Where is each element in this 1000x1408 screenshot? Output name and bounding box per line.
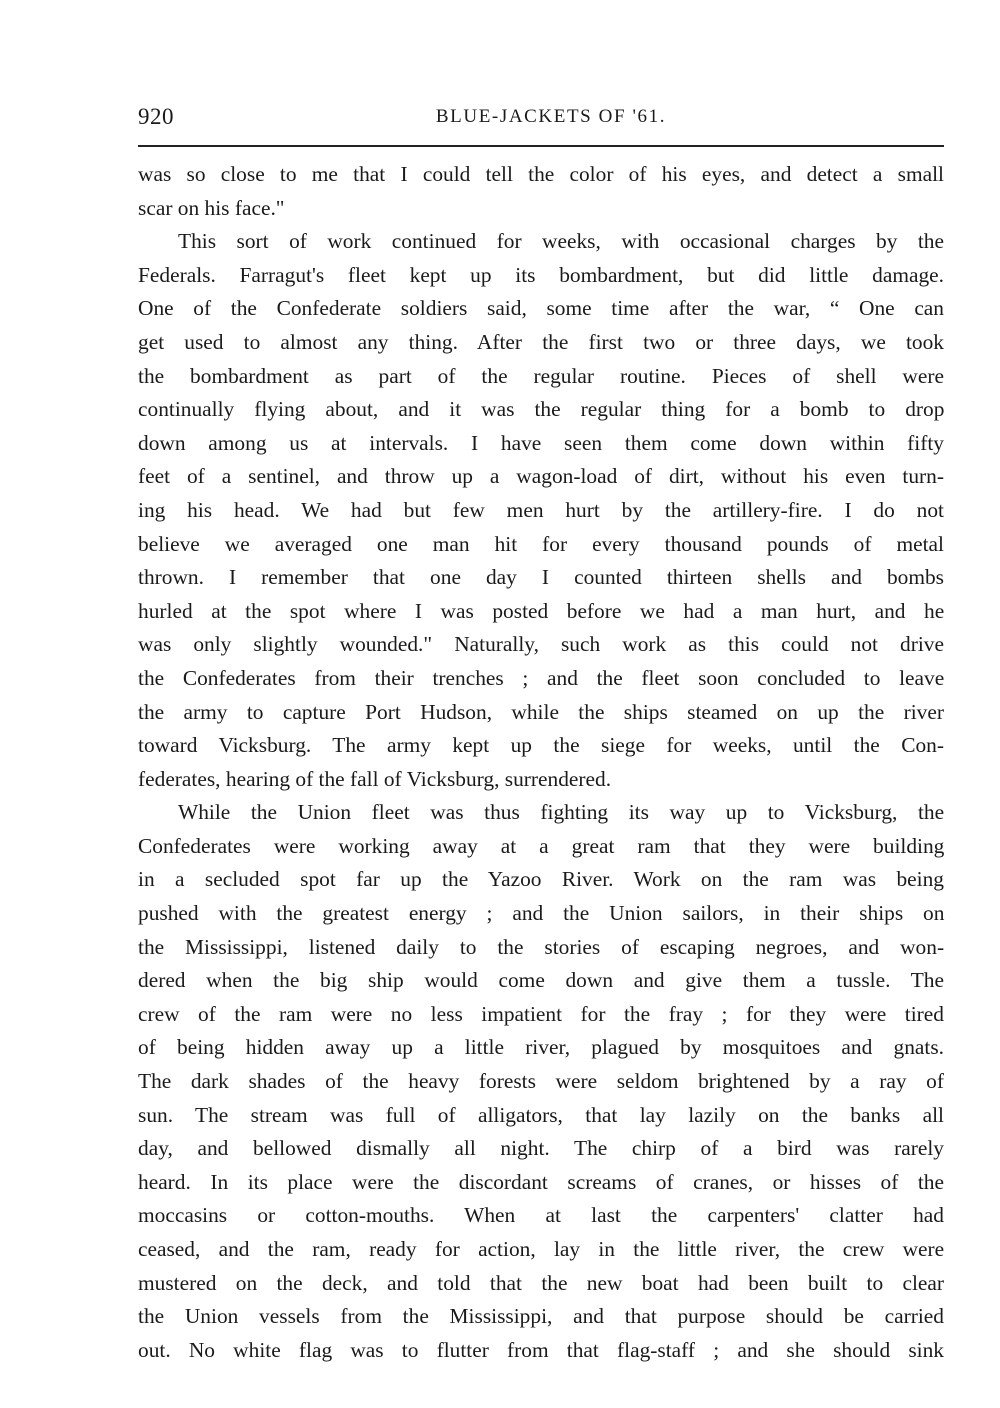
text-line: day, and bellowed dismally all night. Th…: [138, 1132, 944, 1166]
text-line: While the Union fleet was thus fighting …: [138, 796, 944, 830]
text-line: This sort of work continued for weeks, w…: [138, 225, 944, 259]
text-line: Federals. Farragut's fleet kept up its b…: [138, 259, 944, 293]
text-line: One of the Confederate soldiers said, so…: [138, 292, 944, 326]
paragraph: While the Union fleet was thus fighting …: [138, 796, 944, 1367]
text-line: was so close to me that I could tell the…: [138, 158, 944, 192]
text-line: get used to almost any thing. After the …: [138, 326, 944, 360]
text-line: of being hidden away up a little river, …: [138, 1031, 944, 1065]
text-line: thrown. I remember that one day I counte…: [138, 561, 944, 595]
text-line: The dark shades of the heavy forests wer…: [138, 1065, 944, 1099]
text-line: pushed with the greatest energy ; and th…: [138, 897, 944, 931]
paragraph: was so close to me that I could tell the…: [138, 158, 944, 225]
running-head: 920 BLUE-JACKETS OF '61.: [138, 104, 944, 134]
text-line: down among us at intervals. I have seen …: [138, 427, 944, 461]
text-line: out. No white flag was to flutter from t…: [138, 1334, 944, 1368]
text-line: ceased, and the ram, ready for action, l…: [138, 1233, 944, 1267]
text-line: ing his head. We had but few men hurt by…: [138, 494, 944, 528]
text-line: was only slightly wounded." Naturally, s…: [138, 628, 944, 662]
text-line: toward Vicksburg. The army kept up the s…: [138, 729, 944, 763]
text-line: the army to capture Port Hudson, while t…: [138, 696, 944, 730]
text-line: heard. In its place were the discordant …: [138, 1166, 944, 1200]
text-line: sun. The stream was full of alligators, …: [138, 1099, 944, 1133]
text-line: believe we averaged one man hit for ever…: [138, 528, 944, 562]
text-line: Confederates were working away at a grea…: [138, 830, 944, 864]
text-line: hurled at the spot where I was posted be…: [138, 595, 944, 629]
text-line: the Union vessels from the Mississippi, …: [138, 1300, 944, 1334]
text-line: federates, hearing of the fall of Vicksb…: [138, 763, 944, 797]
text-line: the Confederates from their trenches ; a…: [138, 662, 944, 696]
running-title: BLUE-JACKETS OF '61.: [138, 106, 944, 128]
body-text: was so close to me that I could tell the…: [138, 158, 944, 1367]
text-line: feet of a sentinel, and throw up a wagon…: [138, 460, 944, 494]
text-line: the bombardment as part of the regular r…: [138, 360, 944, 394]
text-line: scar on his face.": [138, 192, 944, 226]
paragraph: This sort of work continued for weeks, w…: [138, 225, 944, 796]
text-line: in a secluded spot far up the Yazoo Rive…: [138, 863, 944, 897]
text-line: moccasins or cotton-mouths. When at last…: [138, 1199, 944, 1233]
text-line: the Mississippi, listened daily to the s…: [138, 931, 944, 965]
book-page: 920 BLUE-JACKETS OF '61. was so close to…: [0, 0, 1000, 1408]
text-line: mustered on the deck, and told that the …: [138, 1267, 944, 1301]
header-rule: [138, 145, 944, 147]
text-line: crew of the ram were no less impatient f…: [138, 998, 944, 1032]
text-line: dered when the big ship would come down …: [138, 964, 944, 998]
text-line: continually flying about, and it was the…: [138, 393, 944, 427]
